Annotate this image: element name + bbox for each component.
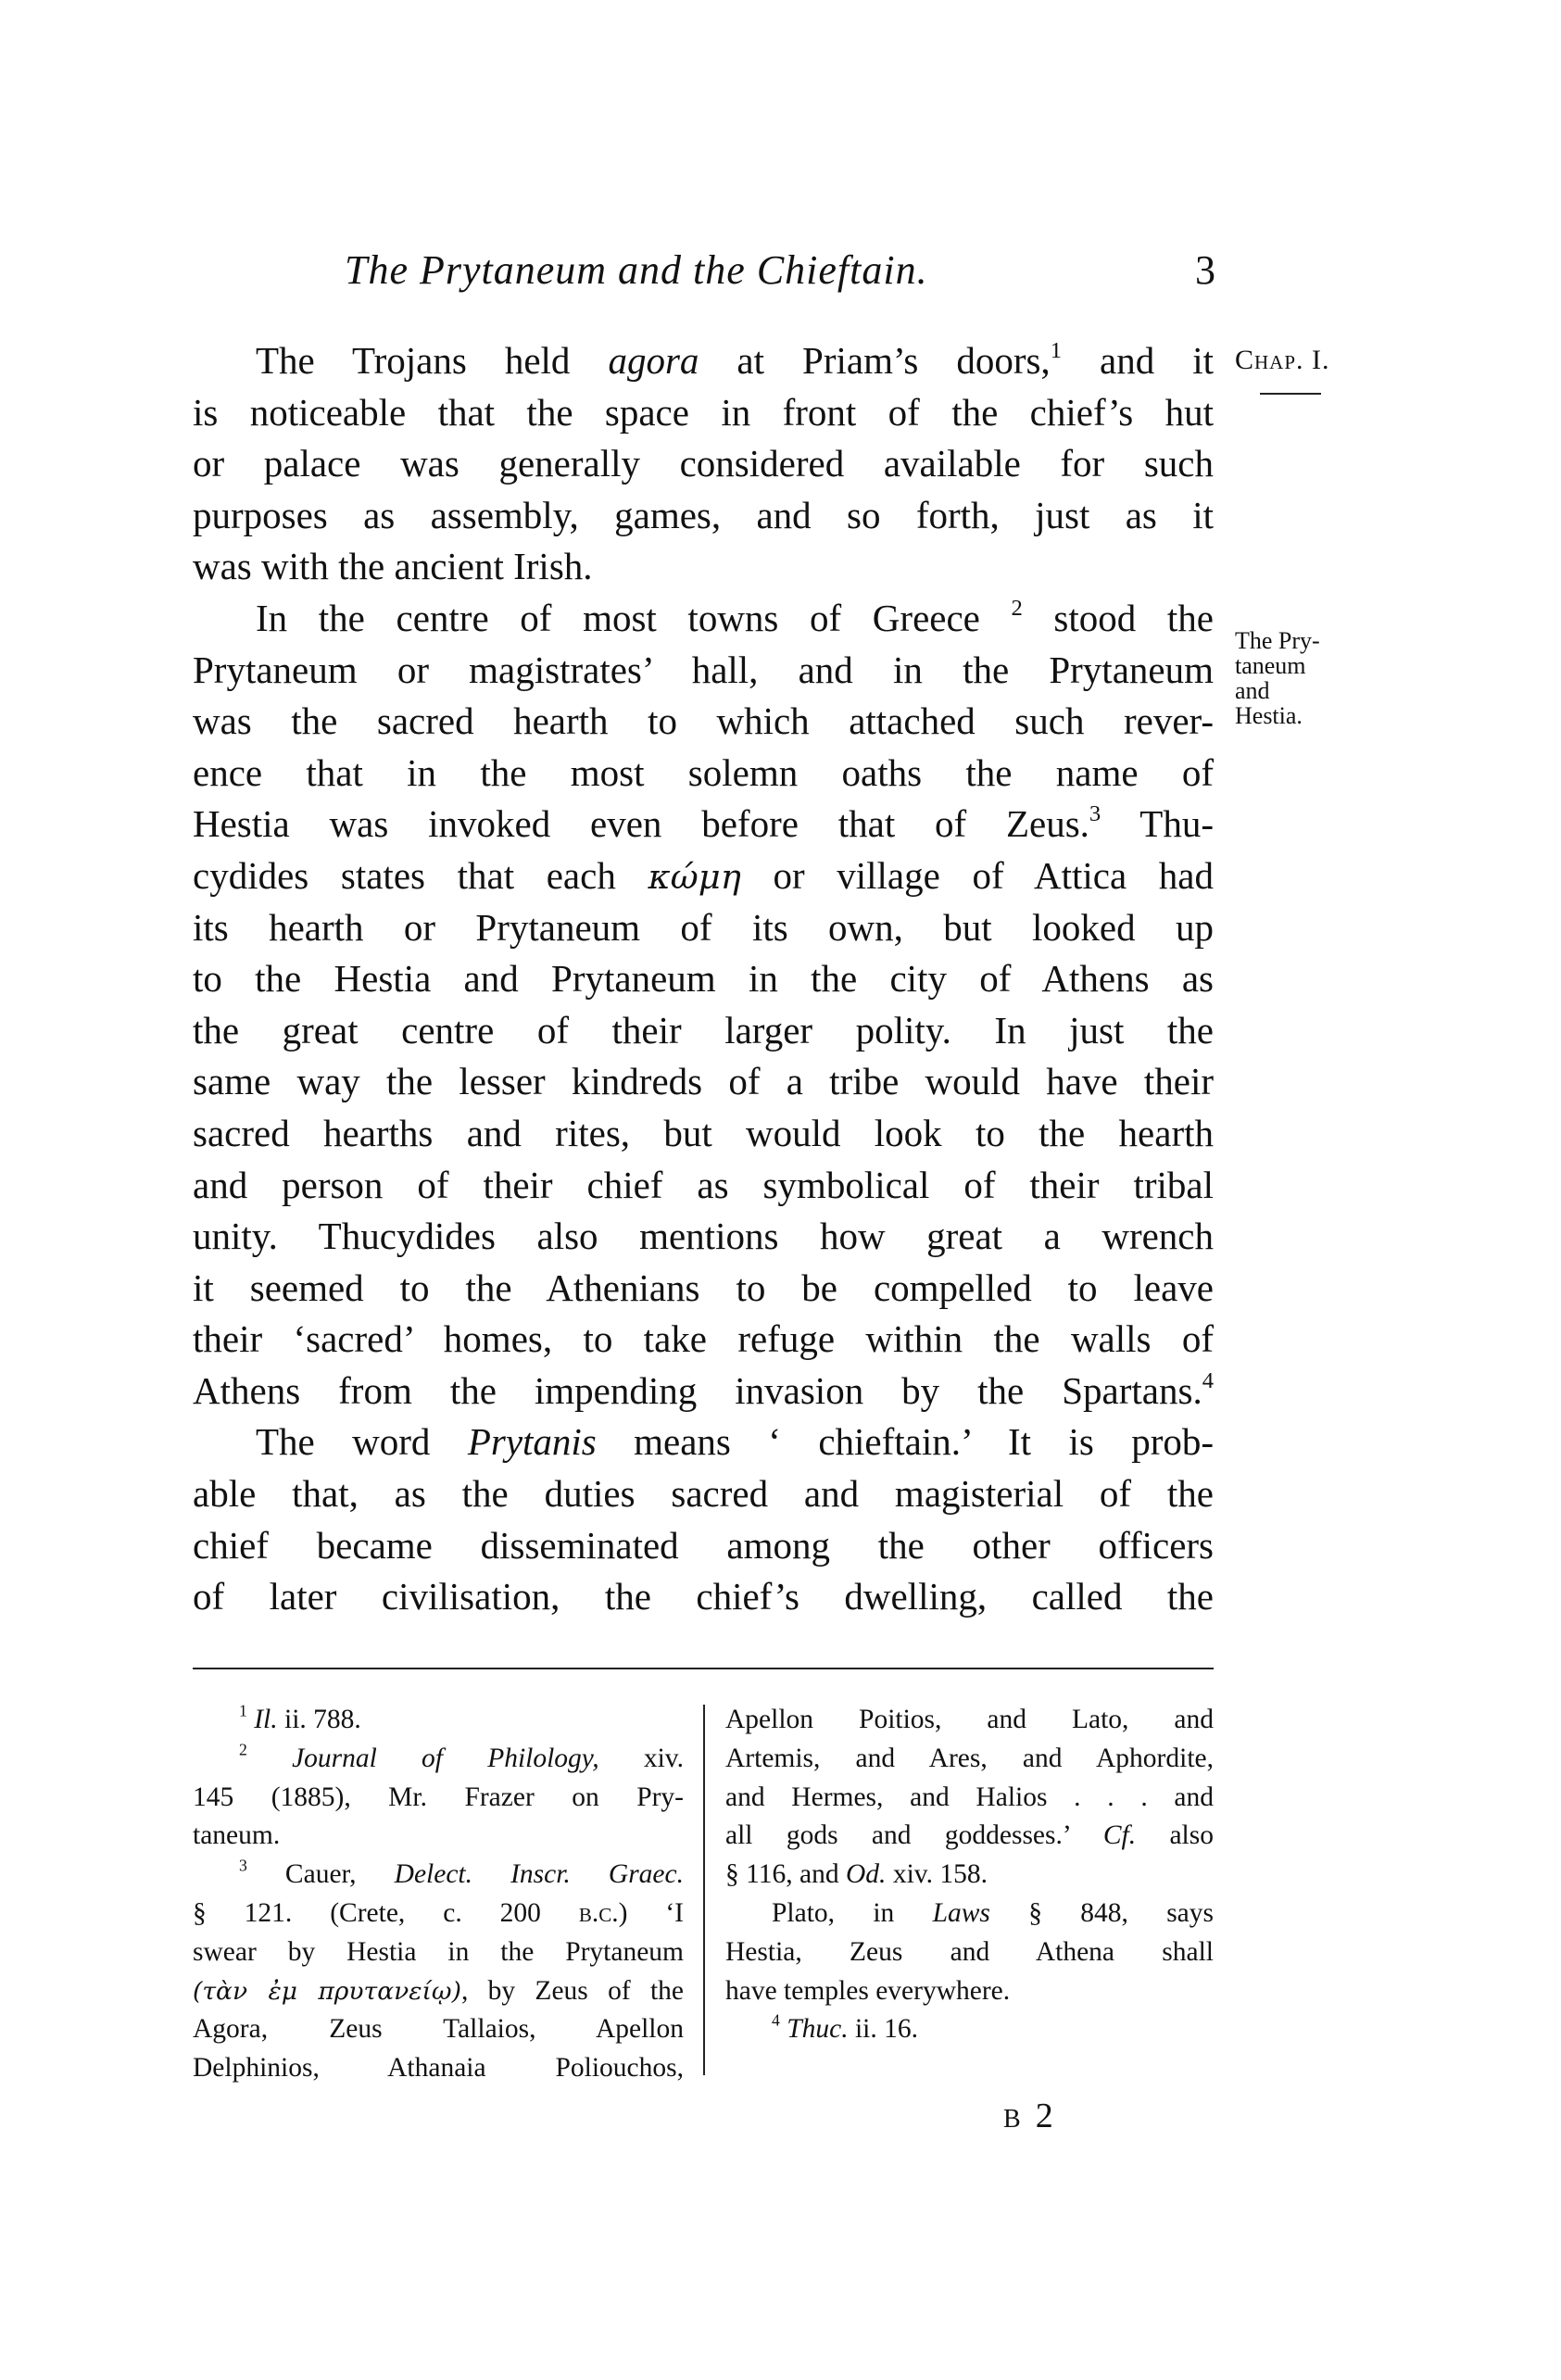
footnote-number: 3 <box>239 1857 247 1875</box>
footnote-ref-3[interactable]: 3 <box>1089 801 1101 826</box>
footnote-number: 4 <box>772 2011 780 2030</box>
footnote-line: and Hermes, and Halios . . . and <box>725 1779 1214 1818</box>
body-line: unity. Thucydides also mentions how grea… <box>193 1211 1214 1263</box>
body-line: is noticeable that the space in front of… <box>193 387 1214 439</box>
text-run: The Trojans held <box>256 339 608 382</box>
footnote-ref-2[interactable]: 2 <box>1012 596 1023 621</box>
body-line: chief became disseminated among the othe… <box>193 1520 1214 1572</box>
footnote-4: 4 Thuc. ii. 16. <box>725 2010 1214 2049</box>
italic-term-agora: agora <box>608 339 699 382</box>
text-run: § 121. (Crete, c. 200 <box>193 1898 579 1928</box>
footnote-number: 2 <box>239 1740 247 1758</box>
footnote-number: 1 <box>239 1702 247 1720</box>
footnote-column-divider <box>703 1705 705 2075</box>
footnote-ref-4[interactable]: 4 <box>1202 1368 1214 1393</box>
text-run: ii. 788. <box>278 1705 361 1734</box>
text-run: xiv. <box>599 1744 684 1773</box>
body-text: The Trojans held agora at Priam’s doors,… <box>193 335 1214 1623</box>
body-line: sacred hearths and rites, but would look… <box>193 1108 1214 1160</box>
footnote-line: Delphinios, Athanaia Poliouchos, <box>193 2049 684 2088</box>
chapter-marker: Chap. I. <box>1235 347 1330 372</box>
text-run: ) ‘I <box>619 1898 684 1928</box>
body-line: or palace was generally considered avail… <box>193 438 1214 490</box>
body-line: ence that in the most solemn oaths the n… <box>193 748 1214 800</box>
footnote-line: § 121. (Crete, c. 200 b.c.) ‘I <box>193 1895 684 1933</box>
text-run: b.c. <box>579 1898 619 1928</box>
text-run: Cauer, <box>247 1859 395 1889</box>
footnotes-left-column: 1 Il. ii. 788. 2 Journal of Philology, x… <box>193 1701 684 2088</box>
chapter-marker-rule <box>1260 393 1321 395</box>
signature-letter: B <box>1003 2105 1023 2134</box>
text-run: or village of Attica had <box>741 854 1214 897</box>
text-run: Plato, in <box>772 1898 933 1928</box>
text-run: Athens from the impending invasion by th… <box>193 1369 1202 1412</box>
body-line: their ‘sacred’ homes, to take refuge wit… <box>193 1314 1214 1366</box>
footnotes-right-column: Apellon Poitios, and Lato, and Artemis, … <box>725 1701 1214 2049</box>
footnote-line: swear by Hestia in the Prytaneum <box>193 1933 684 1972</box>
running-head: The Prytaneum and the Chieftain. 3 <box>345 243 1225 298</box>
body-line: purposes as assembly, games, and so fort… <box>193 490 1214 542</box>
body-line: Prytaneum or magistrates’ hall, and in t… <box>193 645 1214 697</box>
text-run: The word <box>256 1420 468 1463</box>
text-run: and it <box>1062 339 1214 382</box>
side-note-line: and <box>1235 678 1392 703</box>
text-run: § 848, says <box>990 1898 1214 1928</box>
footnote-line: all gods and goddesses.’ Cf. also <box>725 1817 1214 1856</box>
text-run: stood the <box>1023 597 1214 639</box>
footnote-line: Hestia, Zeus and Athena shall <box>725 1933 1214 1972</box>
footnote-ref-1[interactable]: 1 <box>1051 338 1062 363</box>
body-line: cydides states that each κώμη or village… <box>193 850 1214 902</box>
body-line: of later civilisation, the chief’s dwell… <box>193 1571 1214 1623</box>
text-run: , by Zeus of the <box>461 1976 684 2006</box>
page-number: 3 <box>1195 243 1215 298</box>
side-note-line: taneum <box>1235 653 1392 678</box>
body-line: In the centre of most towns of Greece 2 … <box>193 593 1214 645</box>
footnote-line: Apellon Poitios, and Lato, and <box>725 1701 1214 1740</box>
body-line: was with the ancient Irish. <box>193 541 1214 593</box>
body-line: it seemed to the Athenians to be compell… <box>193 1263 1214 1315</box>
side-note-prytaneum-hestia: The Pry- taneum and Hestia. <box>1235 628 1392 728</box>
footnote-separator-rule <box>193 1668 1214 1669</box>
text-run: Cf. <box>1103 1820 1136 1850</box>
footnote-line: Plato, in Laws § 848, says <box>725 1895 1214 1933</box>
signature-number: 2 <box>1036 2097 1055 2135</box>
footnote-line: Agora, Zeus Tallaios, Apellon <box>193 2010 684 2049</box>
body-line: Athens from the impending invasion by th… <box>193 1366 1214 1417</box>
body-line: Hestia was invoked even before that of Z… <box>193 799 1214 850</box>
footnote-3: 3 Cauer, Delect. Inscr. Graec. <box>193 1856 684 1895</box>
text-run: Delect. Inscr. Graec. <box>395 1859 684 1889</box>
text-run: also <box>1136 1820 1214 1850</box>
footnote-line: § 116, and Od. xiv. 158. <box>725 1856 1214 1895</box>
text-run: ii. 16. <box>849 2014 918 2044</box>
side-note-line: The Pry- <box>1235 628 1392 653</box>
greek-phrase: (τὰν ἐμ πρυτανείῳ) <box>193 1977 461 2006</box>
footnote-line: taneum. <box>193 1817 684 1856</box>
text-run: Thuc. <box>787 2014 848 2044</box>
running-head-title: The Prytaneum and the Chieftain. <box>345 243 928 298</box>
body-line: was the sacred hearth to which attached … <box>193 696 1214 748</box>
footnote-line: Artemis, and Ares, and Aphordite, <box>725 1740 1214 1779</box>
text-run: at Priam’s doors, <box>699 339 1050 382</box>
footnote-line: have temples everywhere. <box>725 1972 1214 2011</box>
text-run: Laws <box>933 1898 990 1928</box>
text-run: Journal of Philology, <box>292 1744 599 1773</box>
text-run: all gods and goddesses.’ <box>725 1820 1103 1850</box>
footnote-line: 145 (1885), Mr. Frazer on Pry- <box>193 1779 684 1818</box>
text-run: In the centre of most towns of Greece <box>256 597 1012 639</box>
text-run: Il. <box>254 1705 277 1734</box>
text-run: xiv. 158. <box>886 1859 988 1889</box>
body-line: its hearth or Prytaneum of its own, but … <box>193 902 1214 954</box>
body-line: The word Prytanis means ‘ chieftain.’ It… <box>193 1417 1214 1468</box>
footnote-line: (τὰν ἐμ πρυτανείῳ), by Zeus of the <box>193 1972 684 2011</box>
side-note-line: Hestia. <box>1235 703 1392 728</box>
body-line: the great centre of their larger polity.… <box>193 1005 1214 1057</box>
body-line: The Trojans held agora at Priam’s doors,… <box>193 335 1214 387</box>
text-run: Thu- <box>1101 802 1214 845</box>
text-run: means ‘ chieftain.’ It is prob- <box>597 1420 1214 1463</box>
body-line: to the Hestia and Prytaneum in the city … <box>193 953 1214 1005</box>
footnote-1: 1 Il. ii. 788. <box>193 1701 684 1740</box>
body-line: same way the lesser kindreds of a tribe … <box>193 1056 1214 1108</box>
text-run: Hestia was invoked even before that of Z… <box>193 802 1089 845</box>
printer-signature: B2 <box>1003 2096 1055 2136</box>
text-run: Od. <box>846 1859 886 1889</box>
body-line: able that, as the duties sacred and magi… <box>193 1468 1214 1520</box>
greek-term-kome: κώμη <box>648 857 740 897</box>
footnote-2: 2 Journal of Philology, xiv. <box>193 1740 684 1779</box>
body-line: and person of their chief as symbolical … <box>193 1160 1214 1212</box>
text-run: § 116, and <box>725 1859 846 1889</box>
italic-term-prytanis: Prytanis <box>468 1420 597 1463</box>
text-run: cydides states that each <box>193 854 648 897</box>
